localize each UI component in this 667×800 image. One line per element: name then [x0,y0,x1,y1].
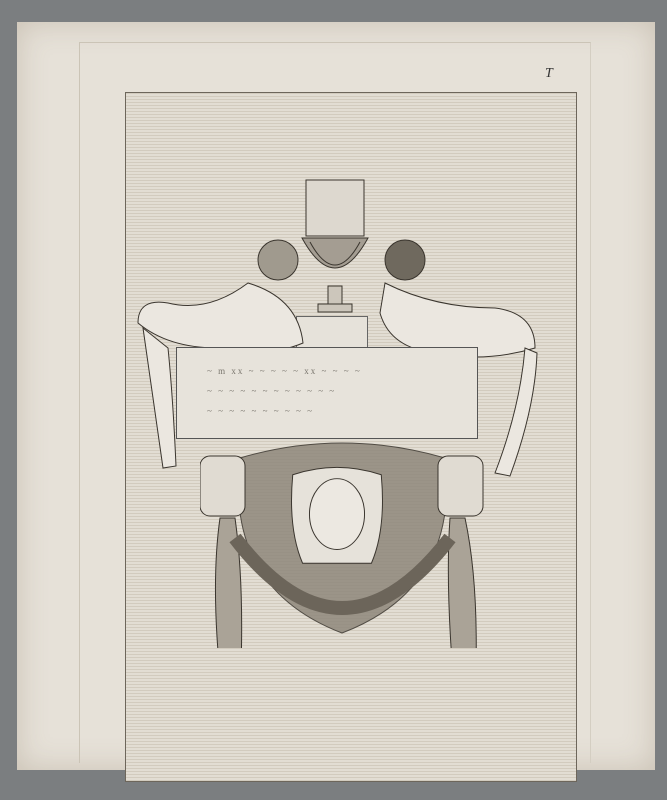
inscription-line: ~ ~ ~ ~ ~ ~ ~ ~ ~ ~ ~ ~ [207,386,447,396]
inscribed-tablet: ~ m xx ~ ~ ~ ~ ~ xx ~ ~ ~ ~ ~ ~ ~ ~ ~ ~ … [176,347,478,439]
shield-icon [278,460,396,578]
plate-letter: T [545,66,553,82]
inscription-line: ~ m xx ~ ~ ~ ~ ~ xx ~ ~ ~ ~ [207,366,447,376]
inscription-line: ~ ~ ~ ~ ~ ~ ~ ~ ~ ~ [207,406,447,416]
